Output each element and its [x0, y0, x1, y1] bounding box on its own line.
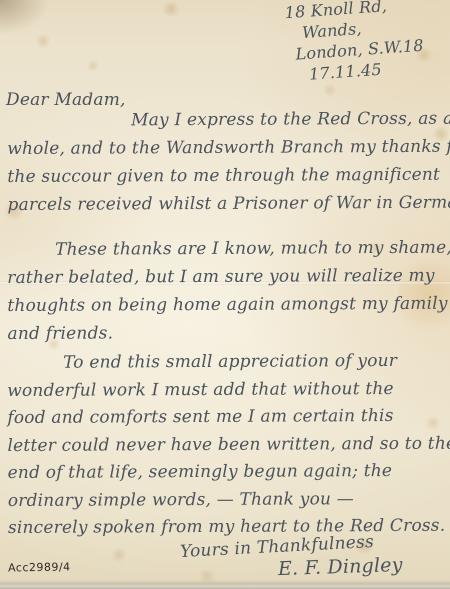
- letter-line: sincerely spoken from my heart to the Re…: [8, 513, 450, 543]
- foxing-spot: [34, 34, 52, 48]
- paragraph-2: These thanks are I know, much to my sham…: [7, 234, 450, 348]
- paragraph-3: To end this small appreciation of your w…: [7, 348, 450, 543]
- letter-line: wonderful work I must add that without t…: [7, 375, 450, 405]
- letter-line: letter could never have been written, an…: [7, 430, 450, 460]
- letter-line: May I express to the Red Cross, as a: [7, 105, 450, 135]
- letter-line: parcels received whilst a Prisoner of Wa…: [7, 189, 450, 219]
- foxing-spot: [110, 548, 128, 562]
- letter-line: ordinary simple words, — Thank you —: [8, 485, 450, 515]
- accession-number: Acc2989/4: [8, 560, 71, 574]
- foxing-spot: [322, 84, 338, 96]
- paper-bottom-edge: [0, 580, 450, 589]
- letter-line: end of that life, seemingly begun again;…: [8, 458, 450, 488]
- letter-line: These thanks are I know, much to my sham…: [7, 234, 450, 264]
- signature: E. F. Dingley: [278, 554, 403, 580]
- address-block: 18 Knoll Rd, Wands, London, S.W.18 17.11…: [274, 0, 450, 87]
- letter-line: To end this small appreciation of your: [7, 348, 450, 378]
- letter-line: whole, and to the Wandsworth Branch my t…: [7, 133, 450, 163]
- letter-line: the succour given to me through the magn…: [7, 161, 450, 191]
- foxing-spot: [86, 60, 100, 72]
- letter-paper: 18 Knoll Rd, Wands, London, S.W.18 17.11…: [0, 0, 450, 589]
- letter-line: thoughts on being home again amongst my …: [7, 290, 450, 320]
- letter-line: food and comforts sent me I am certain t…: [7, 403, 450, 433]
- paragraph-1: May I express to the Red Cross, as a who…: [7, 105, 450, 219]
- foxing-spot: [160, 2, 182, 16]
- letter-line: and friends.: [7, 318, 450, 348]
- letter-line: rather belated, but I am sure you will r…: [7, 262, 450, 292]
